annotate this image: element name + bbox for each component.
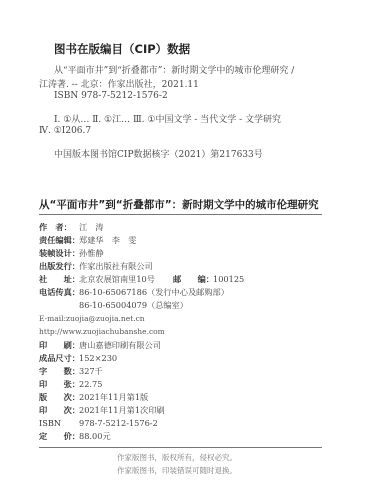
cip-isbn-line: ISBN 978-7-5212-1576-2 bbox=[54, 91, 168, 101]
cip-heading: 图书在版编目（CIP）数据 bbox=[54, 41, 190, 57]
cip-verification-number: 中国版本图书馆CIP数据核字（2021）第217633号 bbox=[54, 147, 263, 160]
publisher-value: 作家出版社有限公司 bbox=[79, 261, 153, 272]
printer-label: 印 刷： bbox=[39, 340, 79, 351]
cip-author-line: 江涛著. -- 北京：作家出版社，2021.11 bbox=[39, 77, 199, 90]
editor-row: 责任编辑：郑建华 李 雯 bbox=[39, 235, 136, 246]
publisher-label: 出版发行： bbox=[39, 261, 79, 272]
publisher-row: 出版发行：作家出版社有限公司 bbox=[39, 261, 153, 272]
size-row: 成品尺寸：152×230 bbox=[39, 353, 117, 364]
postcode-label: 邮 编： bbox=[173, 274, 213, 285]
sheets-row: 印 张：22.75 bbox=[39, 379, 102, 390]
words-row: 字 数：327千 bbox=[39, 366, 103, 377]
replacement-notice: 作家版图书，印装错误可随时退换。 bbox=[117, 465, 237, 476]
address-value: 北京农展馆南里10号 bbox=[79, 274, 173, 285]
size-value: 152×230 bbox=[79, 353, 117, 363]
size-label: 成品尺寸： bbox=[39, 353, 79, 364]
author-value: 江 涛 bbox=[79, 222, 104, 233]
postcode-value: 100125 bbox=[213, 274, 244, 284]
printing-row: 印 次：2021年11月第1次印刷 bbox=[39, 405, 165, 416]
printing-label: 印 次： bbox=[39, 405, 79, 416]
printer-row: 印 刷：唐山嘉德印刷有限公司 bbox=[39, 340, 161, 351]
phone-value-2: 86-10-65004079（总编室） bbox=[79, 300, 188, 311]
designer-value: 孙惟静 bbox=[79, 248, 104, 259]
phone-row: 电话传真：86-10-65067186（发行中心及邮购部） bbox=[39, 287, 229, 298]
words-label: 字 数： bbox=[39, 366, 79, 377]
designer-label: 装帧设计： bbox=[39, 248, 79, 259]
printing-value: 2021年11月第1次印刷 bbox=[79, 405, 165, 416]
editor-value: 郑建华 李 雯 bbox=[79, 235, 136, 246]
edition-value: 2021年11月第1版 bbox=[79, 392, 148, 403]
editor-label: 责任编辑： bbox=[39, 235, 79, 246]
email-link[interactable]: E-mail:zuojia@zuojia.net.cn bbox=[39, 314, 145, 323]
phone-label: 电话传真： bbox=[39, 287, 79, 298]
cip-title-line: 从“平面市井”到“折叠都市”：新时期文学中的城市伦理研究 / bbox=[54, 63, 294, 76]
cip-classification-line-1: Ⅰ. ①从… Ⅱ. ①江… Ⅲ. ①中国文学 - 当代文学 - 文学研究 bbox=[54, 112, 281, 125]
address-label: 社 址： bbox=[39, 274, 79, 285]
phone-value: 86-10-65067186（发行中心及邮购部） bbox=[79, 287, 229, 298]
address-row: 社 址：北京农展馆南里10号邮 编：100125 bbox=[39, 274, 244, 285]
price-row: 定 价：88.00元 bbox=[39, 431, 111, 442]
printer-value: 唐山嘉德印刷有限公司 bbox=[79, 340, 161, 351]
title-divider bbox=[39, 214, 322, 215]
isbn-row: ISBN978-7-5212-1576-2 bbox=[39, 418, 158, 428]
edition-label: 版 次： bbox=[39, 392, 79, 403]
author-row: 作 者：江 涛 bbox=[39, 222, 104, 233]
phone-row-2: 86-10-65004079（总编室） bbox=[79, 300, 188, 311]
author-label: 作 者： bbox=[39, 222, 79, 233]
words-value: 327千 bbox=[79, 366, 103, 377]
isbn-label: ISBN bbox=[39, 418, 79, 428]
website-link[interactable]: http://www.zuojiachubanshe.com bbox=[39, 327, 165, 336]
sheets-value: 22.75 bbox=[79, 379, 102, 389]
price-value: 88.00元 bbox=[79, 431, 111, 442]
price-label: 定 价： bbox=[39, 431, 79, 442]
copyright-notice: 作家版图书，版权所有，侵权必究。 bbox=[117, 452, 237, 463]
isbn-value: 978-7-5212-1576-2 bbox=[79, 418, 158, 428]
sheets-label: 印 张： bbox=[39, 379, 79, 390]
bottom-divider bbox=[39, 447, 322, 448]
edition-row: 版 次：2021年11月第1版 bbox=[39, 392, 148, 403]
cip-classification-line-2: Ⅳ. ①I206.7 bbox=[39, 126, 91, 136]
book-title: 从“平面市井”到“折叠都市”：新时期文学中的城市伦理研究 bbox=[39, 197, 319, 212]
designer-row: 装帧设计：孙惟静 bbox=[39, 248, 104, 259]
